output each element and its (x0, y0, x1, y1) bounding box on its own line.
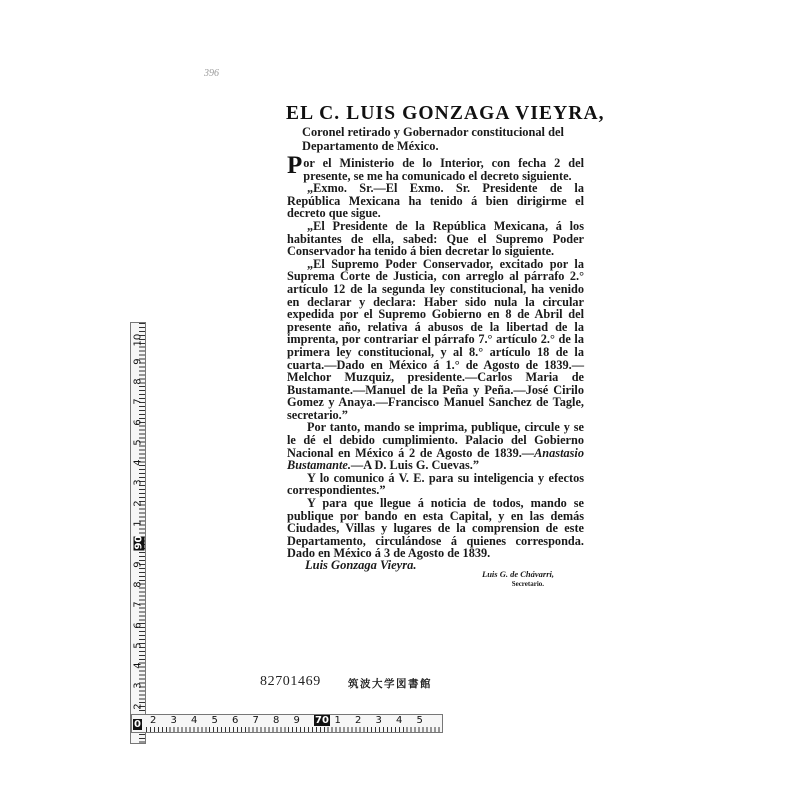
paragraph-6: Y lo comunico á V. E. para su inteligenc… (287, 472, 584, 497)
ruler-label: 6 (133, 619, 144, 631)
scanned-document-page: 396 EL C. LUIS GONZAGA VIEYRA, Coronel r… (0, 0, 800, 800)
ruler-label: 70 (314, 715, 330, 726)
decree-title: EL C. LUIS GONZAGA VIEYRA, (286, 103, 606, 125)
ruler-label: 2 (355, 715, 361, 726)
call-number: 82701469 (260, 674, 321, 690)
ruler-label: 4 (133, 660, 144, 672)
secretary-role: Secretario. (482, 579, 554, 589)
ruler-label: 2 (133, 700, 144, 712)
paragraph-5: Por tanto, mando se imprima, publique, c… (287, 421, 584, 471)
paragraph-2: „Exmo. Sr.—El Exmo. Sr. Presidente de la… (287, 182, 584, 220)
ruler-label: 5 (133, 436, 144, 448)
ruler-label: 3 (376, 715, 382, 726)
ruler-label: 9 (133, 558, 144, 570)
ruler-label: 90 (134, 537, 145, 551)
ruler-label: 8 (133, 375, 144, 387)
decree-subtitle: Coronel retirado y Gobernador constituci… (302, 125, 602, 153)
ruler-label: 4 (396, 715, 402, 726)
ruler-label: 0 (133, 719, 142, 730)
pencil-page-note: 396 (204, 68, 219, 79)
drop-cap: P (287, 156, 302, 176)
decree-body: Por el Ministerio de lo Interior, con fe… (287, 157, 584, 560)
ruler-label: 7 (133, 599, 144, 611)
ruler-label: 5 (212, 715, 218, 726)
secretary-signature: Luis G. de Chávarri, Secretario. (482, 569, 554, 589)
paragraph-1: Por el Ministerio de lo Interior, con fe… (287, 157, 584, 182)
ruler-label: 7 (133, 396, 144, 408)
vertical-scale-ruler: 1234567899012345678910 (130, 322, 146, 744)
paragraph-4: „El Supremo Poder Conservador, excitado … (287, 258, 584, 422)
governor-signature: Luis Gonzaga Vieyra. (305, 558, 416, 573)
library-stamp: 筑波大学図書館 (348, 676, 432, 691)
paragraph-7: Y para que llegue á noticia de todos, ma… (287, 497, 584, 560)
ruler-label: 6 (232, 715, 238, 726)
ruler-label: 7 (253, 715, 259, 726)
ruler-ticks (146, 727, 442, 732)
ruler-label: 2 (133, 497, 144, 509)
ruler-label: 3 (133, 680, 144, 692)
ruler-label: 1 (335, 715, 341, 726)
ruler-label: 5 (133, 639, 144, 651)
ruler-label: 3 (171, 715, 177, 726)
ruler-label: 1 (133, 518, 144, 530)
ruler-label: 3 (133, 477, 144, 489)
ruler-label: 4 (191, 715, 197, 726)
ruler-label: 9 (133, 355, 144, 367)
ruler-label: 8 (133, 578, 144, 590)
ruler-label: 6 (133, 416, 144, 428)
ruler-label: 2 (150, 715, 156, 726)
horizontal-scale-ruler: 0234567897012345 (131, 714, 443, 733)
ruler-label: 4 (133, 457, 144, 469)
paragraph-3: „El Presidente de la República Mexicana,… (287, 220, 584, 258)
ruler-label: 10 (133, 335, 144, 347)
ruler-label: 9 (294, 715, 300, 726)
ruler-label: 8 (273, 715, 279, 726)
ruler-label: 5 (417, 715, 423, 726)
secretary-name: Luis G. de Chávarri, (482, 569, 554, 579)
